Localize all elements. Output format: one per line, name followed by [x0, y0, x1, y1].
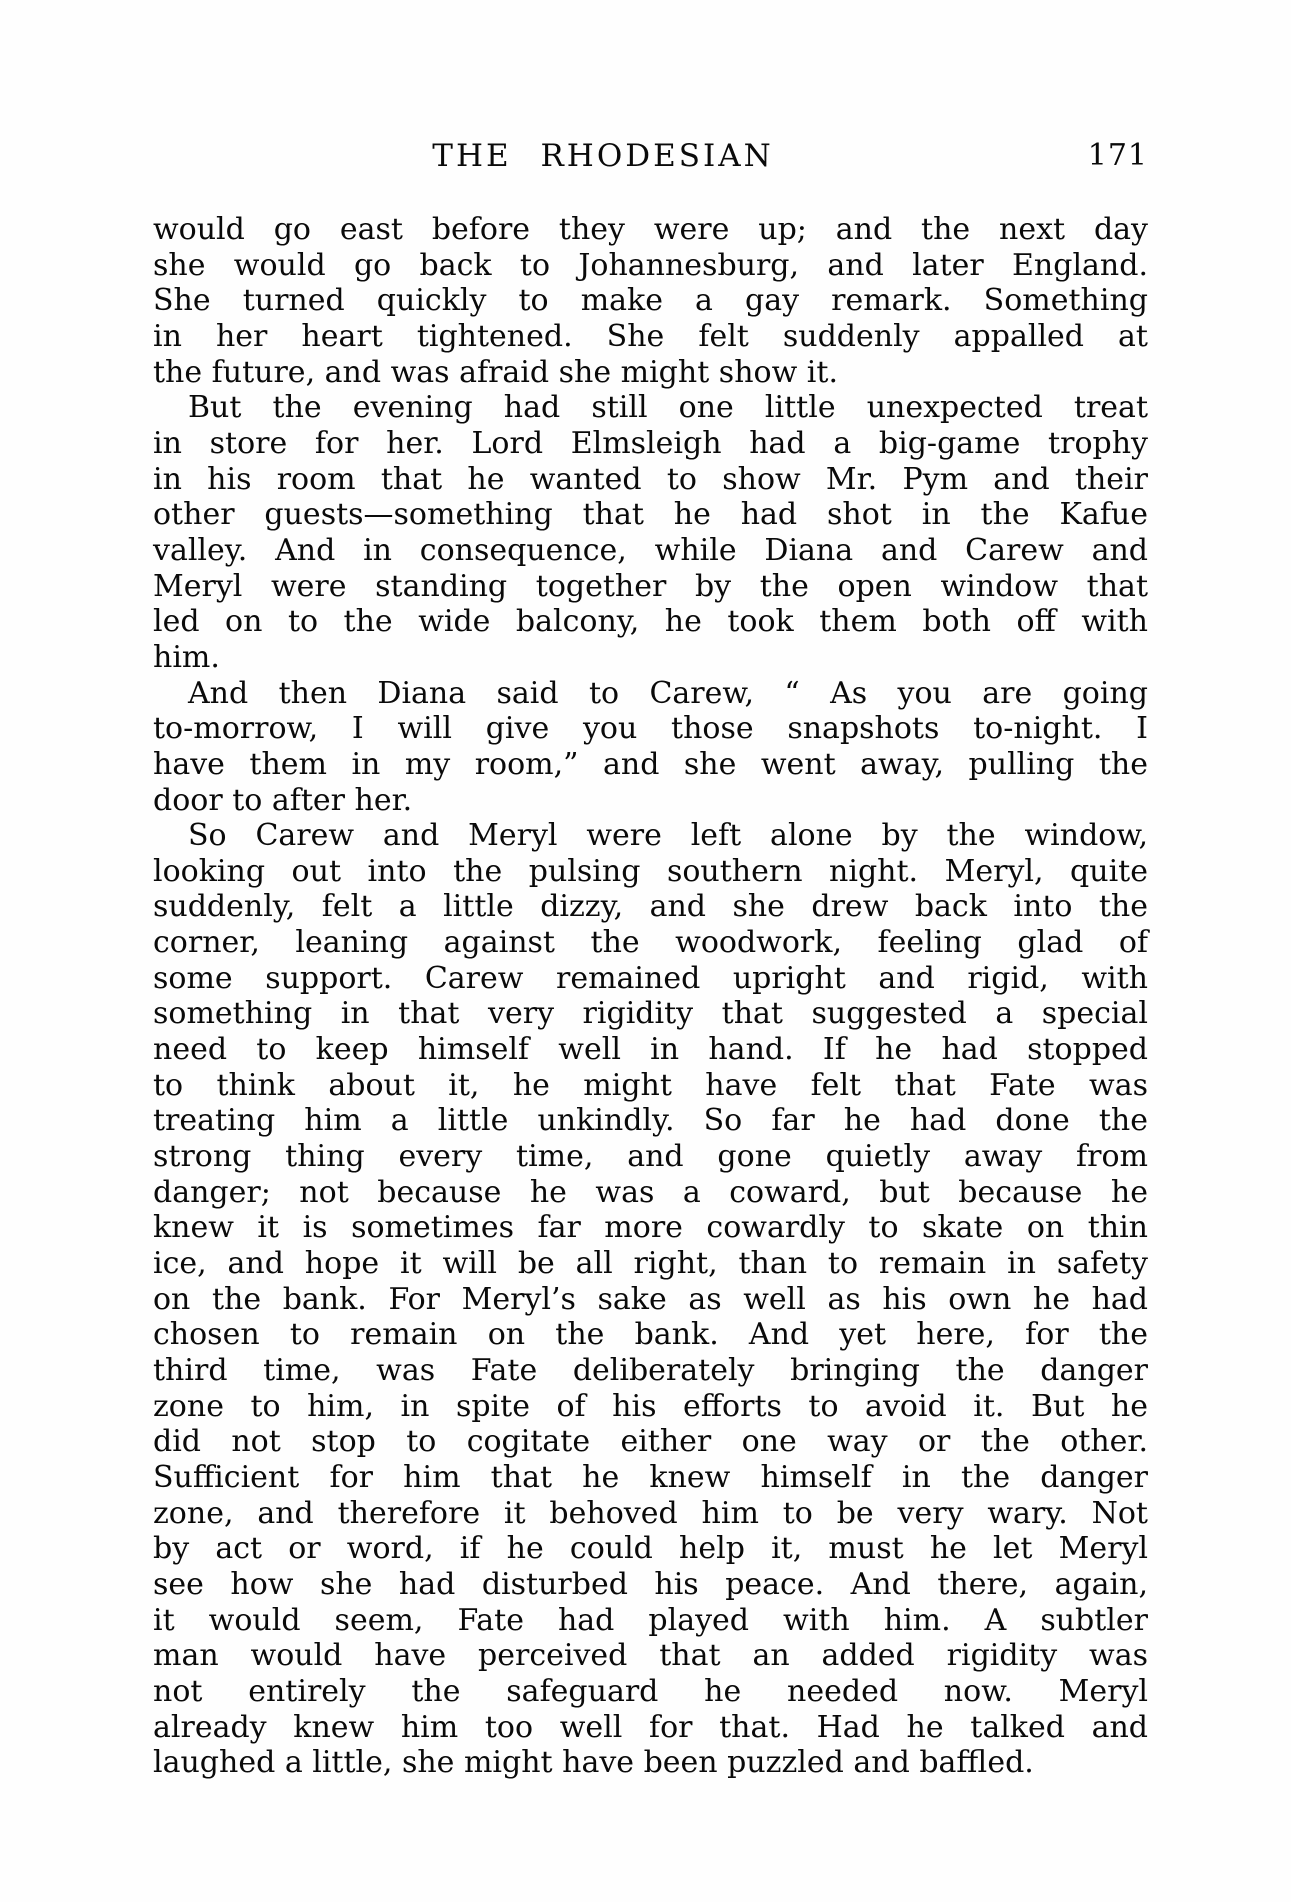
text-line: knew it is sometimes far more cowardly t…	[153, 1210, 1148, 1246]
text-line: did not stop to cogitate either one way …	[153, 1424, 1148, 1460]
text-line: So Carew and Meryl were left alone by th…	[153, 818, 1148, 854]
page-number: 171	[1088, 138, 1148, 173]
text-line: corner, leaning against the woodwork, fe…	[153, 925, 1148, 961]
text-line: man would have perceived that an added r…	[153, 1638, 1148, 1674]
book-page: THE RHODESIAN 171 would go east before t…	[0, 0, 1291, 1902]
text-line: in his room that he wanted to show Mr. P…	[153, 462, 1148, 498]
text-line: danger; not because he was a coward, but…	[153, 1175, 1148, 1211]
running-title: THE RHODESIAN	[153, 138, 1053, 174]
text-line: zone to him, in spite of his efforts to …	[153, 1389, 1148, 1425]
text-line: zone, and therefore it behoved him to be…	[153, 1496, 1148, 1532]
text-line: on the bank. For Meryl’s sake as well as…	[153, 1282, 1148, 1318]
page-header: THE RHODESIAN 171	[153, 138, 1148, 182]
text-line: valley. And in consequence, while Diana …	[153, 533, 1148, 569]
text-line: treating him a little unkindly. So far h…	[153, 1103, 1148, 1139]
text-line: suddenly, felt a little dizzy, and she d…	[153, 889, 1148, 925]
text-line: by act or word, if he could help it, mus…	[153, 1531, 1148, 1567]
text-line: ice, and hope it will be all right, than…	[153, 1246, 1148, 1282]
text-line: other guests—something that he had shot …	[153, 497, 1148, 533]
text-line: third time, was Fate deliberately bringi…	[153, 1353, 1148, 1389]
text-line: She turned quickly to make a gay remark.…	[153, 283, 1148, 319]
text-line: led on to the wide balcony, he took them…	[153, 604, 1148, 640]
text-line: him.	[153, 640, 1148, 676]
text-line: Sufficient for him that he knew himself …	[153, 1460, 1148, 1496]
text-line: door to after her.	[153, 783, 1148, 819]
text-line: in store for her. Lord Elmsleigh had a b…	[153, 426, 1148, 462]
text-line: it would seem, Fate had played with him.…	[153, 1603, 1148, 1639]
text-line: need to keep himself well in hand. If he…	[153, 1032, 1148, 1068]
text-line: have them in my room,” and she went away…	[153, 747, 1148, 783]
text-line: not entirely the safeguard he needed now…	[153, 1674, 1148, 1710]
text-line: But the evening had still one little une…	[153, 390, 1148, 426]
text-line: she would go back to Johannesburg, and l…	[153, 248, 1148, 284]
text-line: chosen to remain on the bank. And yet he…	[153, 1317, 1148, 1353]
text-line: see how she had disturbed his peace. And…	[153, 1567, 1148, 1603]
text-line: to think about it, he might have felt th…	[153, 1068, 1148, 1104]
text-line: to-morrow, I will give you those snapsho…	[153, 711, 1148, 747]
text-line: And then Diana said to Carew, “ As you a…	[153, 676, 1148, 712]
text-line: laughed a little, she might have been pu…	[153, 1745, 1148, 1781]
text-line: strong thing every time, and gone quietl…	[153, 1139, 1148, 1175]
text-line: Meryl were standing together by the open…	[153, 569, 1148, 605]
text-line: already knew him too well for that. Had …	[153, 1710, 1148, 1746]
body-text: would go east before they were up; and t…	[153, 212, 1148, 1781]
text-line: some support. Carew remained upright and…	[153, 961, 1148, 997]
text-line: looking out into the pulsing southern ni…	[153, 854, 1148, 890]
text-line: the future, and was afraid she might sho…	[153, 355, 1148, 391]
text-line: something in that very rigidity that sug…	[153, 996, 1148, 1032]
text-line: in her heart tightened. She felt suddenl…	[153, 319, 1148, 355]
text-line: would go east before they were up; and t…	[153, 212, 1148, 248]
